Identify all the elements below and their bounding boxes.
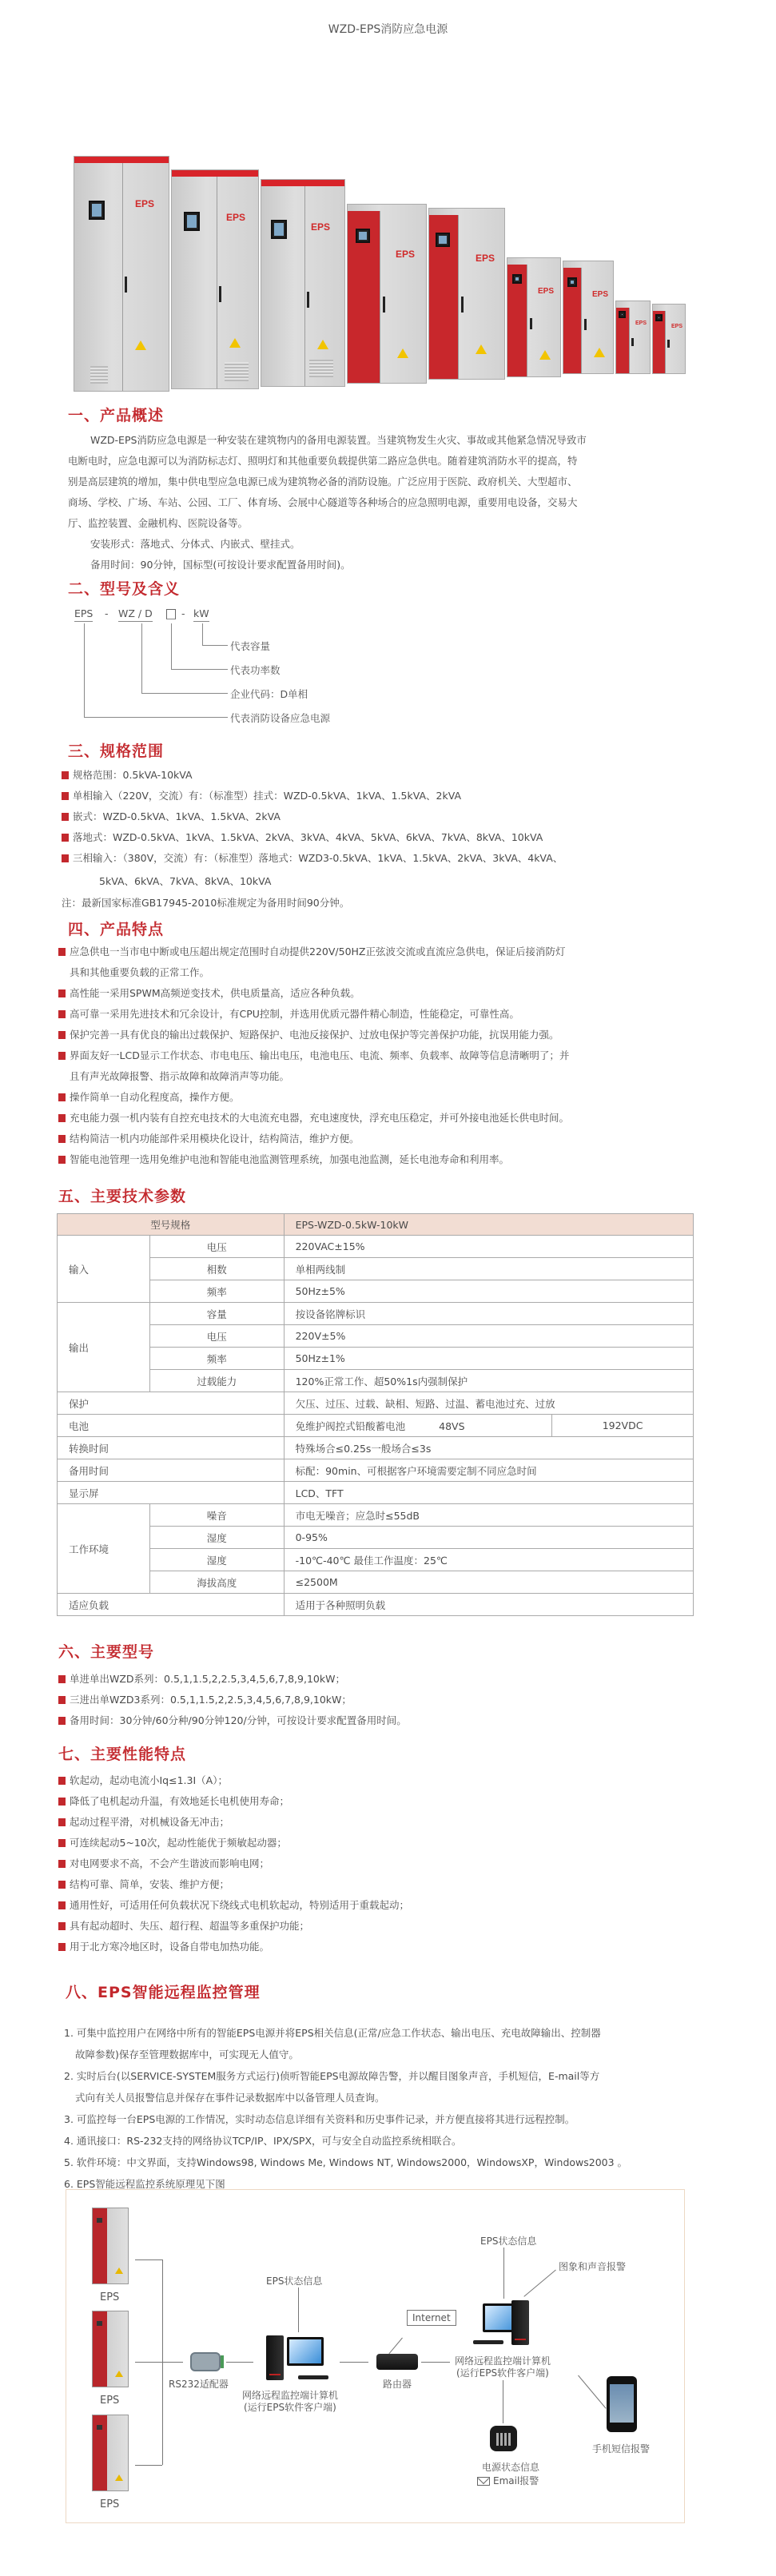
eps-cabinet-3: [92, 2415, 129, 2491]
code-dash: -: [181, 607, 185, 621]
section-title-range: 三、规格范围: [68, 739, 164, 761]
group-input: 输入: [58, 1236, 150, 1303]
table-row: 电池 免维护阀控式铅酸蓄电池48VS 192VDC: [58, 1415, 694, 1437]
performance-item: 具有起动超时、失压、超行程、超温等多重保护功能；: [58, 1916, 746, 1937]
feature-item: 保护完善一具有优良的输出过载保护、短路保护、电池反接保护、过放电保护等完善保护功…: [58, 1025, 746, 1045]
pc-label-2: (运行EPS软件客户端): [456, 2366, 549, 2379]
overview-line: 商场、学校、广场、车站、公园、工厂、体育场、会展中心隧道等各种场合的应急照明电源…: [68, 492, 723, 513]
cabinet-label: EPS: [635, 321, 647, 326]
cabinet-label: EPS: [671, 324, 682, 329]
model-item: 三进出单WZD3系列：0.5,1,1.5,2,2.5,3,4,5,6,7,8,9…: [58, 1690, 746, 1710]
code-box: [166, 609, 176, 619]
section-title-models: 六、主要型号: [58, 1640, 154, 1662]
model-item: 备用时间：30分钟/60分种/90分钟120/分钟，可按设计要求配置备用时间。: [58, 1710, 746, 1731]
cabinet-large-3: EPS: [261, 179, 345, 387]
adapter-label: RS232适配器: [169, 2377, 229, 2391]
table-row: 过载能力 120%正常工作、超50%1s内强制保护: [58, 1370, 694, 1392]
table-row: 转换时间 特殊场合≤0.25s一般场合≤3s: [58, 1437, 694, 1459]
overview-line: 别是高层建筑的增加，集中供电型应急电源已成为建筑物必备的消防设施。广泛应用于医院…: [68, 472, 723, 492]
range-continuation: 5kVA、6kVA、7kVA、8kVA、10kVA: [99, 874, 271, 888]
feature-item: 高性能一采用SPWM高频逆变技术，供电质量高，适应各种负载。: [58, 983, 746, 1004]
table-row: 湿度 -10℃-40℃ 最佳工作温度：25℃: [58, 1549, 694, 1571]
monitoring-computer-1: [266, 2334, 335, 2382]
performance-list: 软起动，起动电流小Iq≤1.3I（A）； 降低了电机起动升温，有效地延长电机使用…: [58, 1770, 746, 1957]
group-environment: 工作环境: [58, 1504, 150, 1594]
cabinet-large-1: EPS: [74, 156, 169, 392]
section-title-performance: 七、主要性能特点: [58, 1742, 186, 1764]
section-title-overview: 一、产品概述: [68, 404, 164, 425]
header-value: EPS-WZD-0.5kW-10kW: [284, 1214, 693, 1236]
performance-item: 对电网要求不高，不会产生谐波而影响电网；: [58, 1853, 746, 1874]
cabinet-label: EPS: [538, 287, 554, 296]
table-row: 工作环境 噪音 市电无噪音；应急时≤55dB: [58, 1504, 694, 1527]
cabinet-red-5: EPS: [615, 301, 651, 374]
range-list: 规格范围：0.5kVA-10kVA 单相输入（220V，交流）有：（标准型）挂式…: [62, 765, 749, 869]
group-output: 输出: [58, 1303, 150, 1392]
feature-item: 智能电池管理一选用免维护电池和智能电池监测管理系统，加强电池监测，延长电池寿命和…: [58, 1149, 746, 1170]
table-row: 显示屏 LCD、TFT: [58, 1482, 694, 1504]
performance-item: 可连续起动5~10次，起动性能优于频敏起动器；: [58, 1833, 746, 1853]
cabinet-label: EPS: [226, 212, 245, 223]
section-title-features: 四、产品特点: [68, 918, 164, 939]
performance-item: 起动过程平滑，对机械设备无冲击；: [58, 1812, 746, 1833]
spec-table: 型号规格 EPS-WZD-0.5kW-10kW 输入 电压 220VAC±15%…: [57, 1213, 694, 1616]
eps-cabinet-1: [92, 2208, 129, 2284]
remote-item: 1. 可集中监控用户在网络中所有的智能EPS电源并将EPS相关信息(正常/应急工…: [64, 2022, 703, 2065]
feature-item: 结构简洁一机内功能部件采用模块化设计，结构简洁，维护方便。: [58, 1129, 746, 1149]
table-row: 保护 欠压、过压、过载、缺相、短路、过温、蓄电池过充、过放: [58, 1392, 694, 1415]
power-status-label: 电源状态信息: [482, 2460, 539, 2474]
table-row: 频率 50Hz±5%: [58, 1280, 694, 1303]
range-item: 规格范围：0.5kVA-10kVA: [62, 765, 749, 786]
range-item: 嵌式：WZD-0.5kVA、1kVA、1.5kVA、2kVA: [62, 806, 749, 827]
table-row: 输出 容量 按设备铭牌标识: [58, 1303, 694, 1325]
table-row: 相数 单相两线制: [58, 1258, 694, 1280]
monitoring-computer-2: [470, 2300, 539, 2348]
code-eps: EPS: [74, 607, 93, 622]
feature-item: 界面友好一LCD显示工作状态、市电电压、输出电压，电池电压、电流、频率、负载率、…: [58, 1045, 746, 1087]
feature-item: 高可靠一采用先进技术和冗余设计，有CPU控制，并选用优质元器件精心制造，性能稳定…: [58, 1004, 746, 1025]
models-list: 单进单出WZD系列：0.5,1,1.5,2,2.5,3,4,5,6,7,8,9,…: [58, 1669, 746, 1731]
status-info-label: EPS状态信息: [266, 2274, 322, 2287]
power-status-icon: [490, 2426, 517, 2451]
eps-label: EPS: [100, 2395, 119, 2407]
range-item: 三相输入：（380V，交流）有：（标准型）落地式：WZD3-0.5kVA、1kV…: [62, 848, 749, 869]
code-wzd: WZ / D: [118, 607, 153, 622]
table-row: 湿度 0-95%: [58, 1527, 694, 1549]
cabinet-label: EPS: [396, 249, 415, 260]
email-alarm-label: Email报警: [477, 2474, 539, 2487]
cabinet-label: EPS: [592, 290, 608, 299]
status-info-label: EPS状态信息: [480, 2234, 536, 2248]
feature-item: 应急供电一当市电中断或电压超出规定范围时自动提供220V/50HZ正弦波交流或直…: [58, 942, 746, 983]
cabinet-red-6: EPS: [652, 304, 686, 374]
router-label: 路由器: [383, 2377, 412, 2391]
header-label: 型号规格: [58, 1214, 285, 1236]
meaning-company-code: 企业代码：D单相: [230, 687, 308, 701]
features-list: 应急供电一当市电中断或电压超出规定范围时自动提供220V/50HZ正弦波交流或直…: [58, 942, 746, 1170]
overview-paragraph: WZD-EPS消防应急电源是一种安装在建筑物内的备用电源装置。当建筑物发生火灾、…: [68, 430, 723, 575]
cabinet-label: EPS: [476, 253, 495, 264]
performance-item: 通用性好，可适用任何负载状况下绕线式电机软起动，特别适用于重载起动；: [58, 1895, 746, 1916]
meaning-capacity: 代表容量: [230, 639, 270, 653]
router-icon: [376, 2354, 418, 2370]
meaning-power: 代表功率数: [230, 663, 281, 677]
mail-icon: [477, 2477, 490, 2486]
sms-alarm-label: 手机短信报警: [592, 2442, 650, 2455]
table-row: 输入 电压 220VAC±15%: [58, 1236, 694, 1258]
feature-item: 充电能力强一机内装有自控充电技术的大电流充电器，充电速度快，浮充电压稳定，并可外…: [58, 1108, 746, 1129]
remote-monitoring-diagram: EPS EPS EPS RS232适配器 EPS状态信息 网络远程监控端计算机 …: [66, 2189, 685, 2523]
feature-item: 操作简单一自动化程度高，操作方便。: [58, 1087, 746, 1108]
overview-line: 电断电时，应急电源可以为消防标志灯、照明灯和其他重要负载提供第二路应急供电。随着…: [68, 451, 723, 472]
image-sound-alarm-label: 图象和声音报警: [559, 2259, 626, 2273]
cabinet-label: EPS: [135, 198, 154, 209]
cabinet-label: EPS: [311, 221, 330, 233]
eps-label: EPS: [100, 2291, 119, 2303]
table-row: 适应负载 适用于各种照明负载: [58, 1594, 694, 1616]
eps-cabinet-2: [92, 2311, 129, 2387]
performance-item: 软起动，起动电流小Iq≤1.3I（A）；: [58, 1770, 746, 1791]
cabinet-large-2: EPS: [171, 169, 259, 389]
remote-list: 1. 可集中监控用户在网络中所有的智能EPS电源并将EPS相关信息(正常/应急工…: [64, 2022, 703, 2195]
internet-box: Internet: [407, 2310, 456, 2326]
cabinet-red-1: EPS: [347, 204, 427, 384]
performance-item: 降低了电机起动升温，有效地延长电机使用寿命；: [58, 1791, 746, 1812]
table-row: 频率 50Hz±1%: [58, 1348, 694, 1370]
code-dash: -: [105, 607, 109, 621]
section-title-specs: 五、主要技术参数: [58, 1184, 186, 1206]
remote-item: 5. 软件环境：中文界面，支持Windows98, Windows Me, Wi…: [64, 2152, 703, 2173]
rs232-adapter-icon: [190, 2352, 221, 2371]
remote-item: 2. 实时后台(以SERVICE-SYSTEM服务方式运行)侦听智能EPS电源故…: [64, 2065, 703, 2108]
page-title: WZD-EPS消防应急电源: [0, 21, 776, 37]
code-kw: kW: [193, 607, 209, 622]
overview-line: WZD-EPS消防应急电源是一种安装在建筑物内的备用电源装置。当建筑物发生火灾、…: [68, 430, 723, 451]
cabinet-red-4: EPS: [563, 261, 614, 374]
model-code-diagram: EPS - WZ / D - kW 代表容量 代表功率数 企业代码：D单相 代表…: [74, 607, 474, 743]
meaning-eps: 代表消防设备应急电源: [230, 711, 330, 725]
eps-label: EPS: [100, 2498, 119, 2510]
performance-item: 用于北方寒冷地区时，设备自带电加热功能。: [58, 1937, 746, 1957]
range-item: 单相输入（220V，交流）有：（标准型）挂式：WZD-0.5kVA、1kVA、1…: [62, 786, 749, 806]
table-header-row: 型号规格 EPS-WZD-0.5kW-10kW: [58, 1214, 694, 1236]
mobile-phone-icon: [607, 2376, 637, 2432]
cabinet-red-3: EPS: [507, 257, 561, 377]
backup-time: 备用时间：90分钟，国标型(可按设计要求配置备用时间)。: [68, 555, 723, 575]
table-row: 备用时间 标配：90min、可根据客户环境需要定制不同应急时间: [58, 1459, 694, 1482]
product-hero-image: EPS EPS EPS EPS EPS EPS: [72, 152, 695, 408]
overview-line: 厅、监控装置、金融机构、医院设备等。: [68, 513, 723, 534]
range-note: 注：最新国家标准GB17945-2010标准规定为备用时间90分钟。: [62, 895, 349, 910]
remote-item: 4. 通讯接口：RS-232支持的网络协议TCP/IP、IPX/SPX，可与安全…: [64, 2130, 703, 2152]
cabinet-red-2: EPS: [428, 208, 505, 380]
section-title-model: 二、型号及含义: [68, 577, 180, 599]
install-type: 安装形式：落地式、分体式、内嵌式、壁挂式。: [68, 534, 723, 555]
table-row: 海拔高度 ≤2500M: [58, 1571, 694, 1594]
range-item: 落地式：WZD-0.5kVA、1kVA、1.5kVA、2kVA、3kVA、4kV…: [62, 827, 749, 848]
table-row: 电压 220V±5%: [58, 1325, 694, 1348]
model-item: 单进单出WZD系列：0.5,1,1.5,2,2.5,3,4,5,6,7,8,9,…: [58, 1669, 746, 1690]
section-title-remote: 八、EPS智能远程监控管理: [66, 1981, 261, 2002]
pc-label-2: (运行EPS软件客户端): [244, 2400, 336, 2414]
performance-item: 结构可靠、简单，安装、维护方便；: [58, 1874, 746, 1895]
remote-item: 3. 可监控每一台EPS电源的工作情况，实时动态信息详细有关资料和历史事件记录，…: [64, 2108, 703, 2130]
